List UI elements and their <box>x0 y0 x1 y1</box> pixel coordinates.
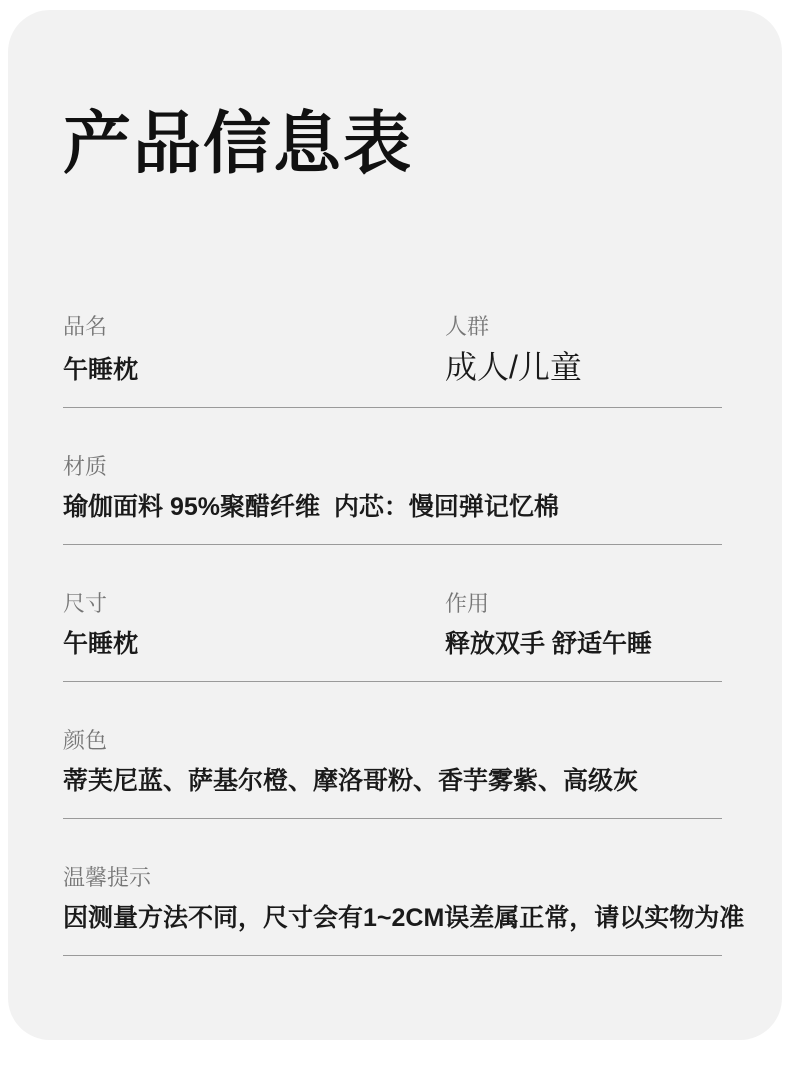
info-sections: 品名 人群 午睡枕 成人/儿童 材质 瑜伽面料 95%聚醋纤维 内芯：慢回弹记忆… <box>63 314 722 956</box>
field-value-size: 午睡枕 <box>63 627 445 661</box>
values-row: 午睡枕 释放双手 舒适午睡 <box>63 627 722 661</box>
product-info-card: 产品信息表 品名 人群 午睡枕 成人/儿童 材质 瑜伽面料 95%聚醋纤维 内芯… <box>8 10 782 1040</box>
page-title: 产品信息表 <box>63 100 722 188</box>
field-value-audience: 成人/儿童 <box>445 350 722 384</box>
field-label-color: 颜色 <box>63 728 722 754</box>
section-name-audience: 品名 人群 午睡枕 成人/儿童 <box>63 314 722 408</box>
field-value-color: 蒂芙尼蓝、萨基尔橙、摩洛哥粉、香芋雾紫、高级灰 <box>63 764 722 798</box>
field-label-product-name: 品名 <box>63 314 445 340</box>
field-value-material: 瑜伽面料 95%聚醋纤维 内芯：慢回弹记忆棉 <box>63 490 722 524</box>
section-color: 颜色 蒂芙尼蓝、萨基尔橙、摩洛哥粉、香芋雾紫、高级灰 <box>63 728 722 819</box>
field-value-product-name: 午睡枕 <box>63 353 445 387</box>
field-label-audience: 人群 <box>445 314 722 340</box>
field-label-tips: 温馨提示 <box>63 865 722 891</box>
field-label-material: 材质 <box>63 454 722 480</box>
field-label-size: 尺寸 <box>63 591 445 617</box>
section-material: 材质 瑜伽面料 95%聚醋纤维 内芯：慢回弹记忆棉 <box>63 454 722 545</box>
values-row: 午睡枕 成人/儿童 <box>63 350 722 387</box>
labels-row: 品名 人群 <box>63 314 722 340</box>
section-size-function: 尺寸 作用 午睡枕 释放双手 舒适午睡 <box>63 591 722 682</box>
field-label-function: 作用 <box>445 591 722 617</box>
field-value-tips: 因测量方法不同，尺寸会有1~2CM误差属正常，请以实物为准 <box>63 901 722 935</box>
labels-row: 尺寸 作用 <box>63 591 722 617</box>
field-value-function: 释放双手 舒适午睡 <box>445 627 722 661</box>
section-tips: 温馨提示 因测量方法不同，尺寸会有1~2CM误差属正常，请以实物为准 <box>63 865 722 956</box>
